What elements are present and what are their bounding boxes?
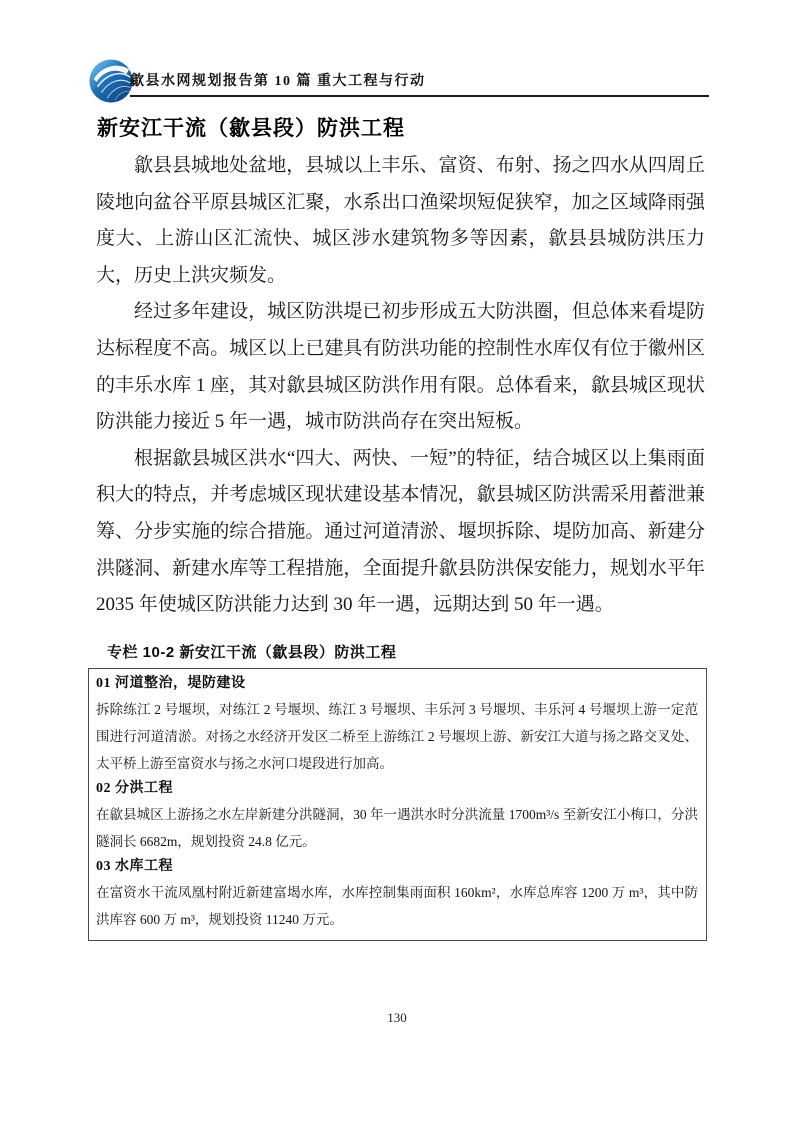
body-content: 歙县县城地处盆地，县城以上丰乐、富资、布射、扬之四水从四周丘陵地向盆谷平原县城区… — [96, 148, 705, 624]
box-item: 02 分洪工程 在歙县城区上游扬之水左岸新建分洪隧洞，30 年一遇洪水时分洪流量… — [96, 777, 698, 855]
box-item-text: 在富资水干流凤凰村附近新建富堨水库，水库控制集雨面积 160km²，水库总库容 … — [96, 879, 698, 933]
box-item-title: 02 分洪工程 — [96, 777, 698, 801]
box-item-label: 分洪工程 — [115, 781, 173, 796]
column-box: 01 河道整治，堤防建设 拆除练江 2 号堰坝，对练江 2 号堰坝、练江 3 号… — [88, 668, 707, 941]
box-item: 03 水库工程 在富资水干流凤凰村附近新建富堨水库，水库控制集雨面积 160km… — [96, 855, 698, 933]
paragraph: 经过多年建设，城区防洪堤已初步形成五大防洪圈，但总体来看堤防达标程度不高。城区以… — [96, 294, 705, 440]
page-header: 歙县水网规划报告第 10 篇 重大工程与行动 — [88, 56, 709, 106]
box-item-number: 02 — [96, 781, 111, 796]
header-rule: 歙县水网规划报告第 10 篇 重大工程与行动 — [130, 70, 709, 97]
paragraph: 歙县县城地处盆地，县城以上丰乐、富资、布射、扬之四水从四周丘陵地向盆谷平原县城区… — [96, 148, 705, 294]
document-page: 歙县水网规划报告第 10 篇 重大工程与行动 新安江干流（歙县段）防洪工程 歙县… — [0, 0, 794, 1122]
box-item-label: 河道整治，堤防建设 — [115, 676, 246, 691]
section-title: 新安江干流（歙县段）防洪工程 — [97, 112, 707, 142]
box-item-text: 在歙县城区上游扬之水左岸新建分洪隧洞，30 年一遇洪水时分洪流量 1700m³/… — [96, 801, 698, 855]
box-item-title: 03 水库工程 — [96, 855, 698, 879]
column-box-heading: 专栏 10-2 新安江干流（歙县段）防洪工程 — [107, 641, 396, 662]
paragraph: 根据歙县城区洪水“四大、两快、一短”的特征，结合城区以上集雨面积大的特点，并考虑… — [96, 441, 705, 624]
box-item-label: 水库工程 — [115, 859, 173, 874]
box-item: 01 河道整治，堤防建设 拆除练江 2 号堰坝，对练江 2 号堰坝、练江 3 号… — [96, 672, 698, 777]
box-item-title: 01 河道整治，堤防建设 — [96, 672, 698, 696]
box-item-number: 03 — [96, 859, 111, 874]
header-title: 歙县水网规划报告第 10 篇 重大工程与行动 — [130, 74, 426, 89]
box-item-text: 拆除练江 2 号堰坝，对练江 2 号堰坝、练江 3 号堰坝、丰乐河 3 号堰坝、… — [96, 696, 698, 777]
water-network-logo-icon — [88, 58, 134, 104]
page-number: 130 — [0, 1010, 794, 1026]
box-item-number: 01 — [96, 676, 111, 691]
